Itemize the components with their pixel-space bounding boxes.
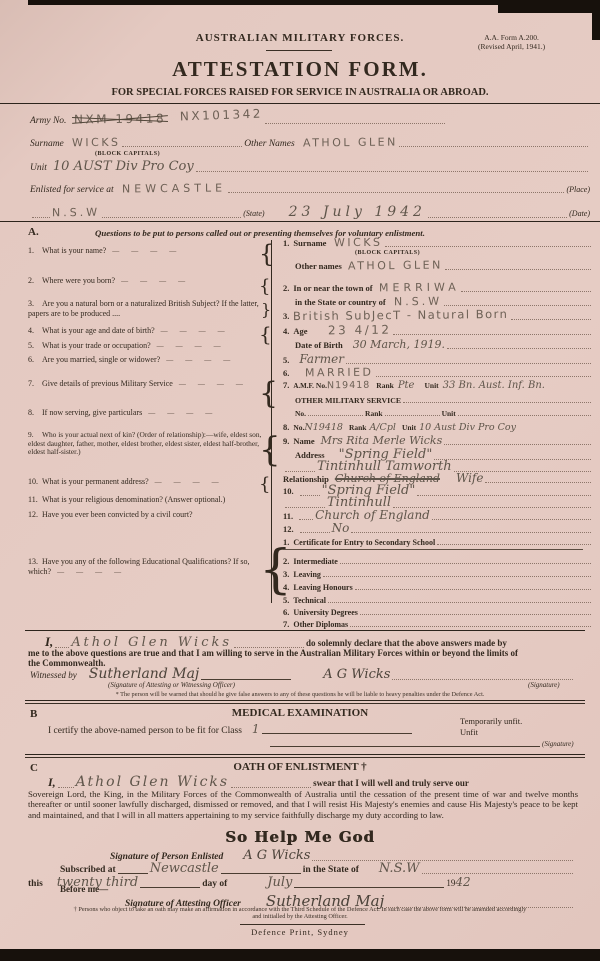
answer-5: 5. Farmer	[283, 352, 593, 366]
brace-q10: {	[259, 474, 270, 495]
form-ref-line2: (Revised April, 1941.)	[478, 42, 545, 51]
answer-8-rank: A/Cpl	[369, 422, 395, 433]
witnessed-label: Witnessed by	[30, 670, 77, 680]
before-me-label: Before me—	[60, 884, 108, 894]
printer-rule	[240, 924, 365, 925]
edu-item-1: 1.Certificate for Entry to Secondary Sch…	[283, 537, 593, 547]
answer-convicted-value: No	[332, 521, 350, 535]
unit-value: 10 AUST Div Pro Coy	[53, 159, 194, 174]
header-rule	[0, 103, 600, 104]
witness-sig-caption: (Signature of Attesting or Witnessing Of…	[108, 681, 235, 689]
printer-imprint: Defence Print, Sydney	[0, 927, 600, 937]
section-b-rule-1	[25, 700, 585, 701]
oath-line1: I, Athol Glen Wicks swear that I will we…	[48, 774, 573, 790]
answer-7-blank: No. Rank Unit	[283, 409, 593, 418]
section-b-rule-2	[25, 703, 585, 704]
edu-item-4: 4.Leaving Honours	[283, 582, 593, 592]
surname-row: Surname WICKS Other Names ATHOL GLEN	[30, 136, 590, 149]
other-names-value: ATHOL GLEN	[303, 136, 398, 150]
answer-kin-name: Mrs Rita Merle Wicks	[321, 434, 443, 447]
date-suffix: (Date)	[569, 209, 590, 218]
day-row: this twenty third day of July 19 42	[28, 875, 578, 890]
surname-label: Surname	[30, 139, 64, 149]
declaration-line2: me to the above questions are true and t…	[28, 648, 578, 658]
scan-edge-top-right	[498, 0, 600, 13]
unit-label: Unit	[30, 163, 47, 173]
month-value: July	[267, 875, 292, 890]
section-c-rule-2	[25, 757, 585, 758]
answer-subject-value: British SubJecT - Natural Born	[293, 307, 509, 323]
place-suffix: (Place)	[566, 185, 590, 194]
answer-1-other: Other names ATHOL GLEN	[283, 259, 593, 272]
answer-8-no: N19418	[304, 422, 343, 433]
question-10: 10.What is your permanent address?	[28, 477, 258, 488]
so-help-me-god: So Help Me God	[0, 828, 600, 846]
subscribed-label: Subscribed at	[60, 865, 116, 875]
brace-q4: {	[259, 322, 272, 346]
edu-item-2: 2.Intermediate	[283, 556, 593, 566]
org-underline	[266, 50, 332, 51]
oath-footnote-2: and initialled by the Attesting Officer.	[0, 913, 600, 920]
brace-q9: {	[259, 430, 281, 470]
unit-row: Unit 10 AUST Div Pro Coy	[30, 159, 590, 174]
unfit-label: Unfit	[460, 727, 478, 737]
question-1: 1.What is your name?	[28, 246, 258, 257]
question-11: 11.What is your religious denomination? …	[28, 495, 266, 505]
witness-signature: Sutherland Maj	[89, 666, 200, 682]
temporarily-unfit-label: Temporarily unfit.	[460, 716, 522, 726]
answer-4-dob: Date of Birth 30 March, 1919.	[283, 338, 593, 351]
oath-body: Sovereign Lord, the King, in the Militar…	[28, 789, 578, 820]
section-a-label: A.	[28, 226, 39, 238]
attestation-form-scan: AUSTRALIAN MILITARY FORCES. A.A. Form A.…	[0, 0, 600, 961]
answer-7-other-service: OTHER MILITARY SERVICE	[283, 396, 593, 405]
surname-value: WICKS	[72, 136, 121, 150]
class-value: 1	[252, 722, 260, 736]
declaration-footnote: * The person will be warned that should …	[0, 691, 600, 698]
block-capitals-note: (BLOCK CAPITALS)	[95, 151, 160, 157]
answer-block-capitals: (BLOCK CAPITALS)	[355, 250, 420, 256]
place-value: NEWCASTLE	[122, 181, 226, 195]
answer-2-state: in the State or country of N.S.W	[283, 295, 593, 308]
certify-text: I certify the above-named person to be f…	[48, 726, 242, 736]
question-3: 3.Are you a natural born or a naturalize…	[28, 299, 266, 318]
question-2: 2.Where were you born?	[28, 276, 258, 287]
answer-occupation-value: Farmer	[299, 352, 344, 366]
question-9: 9.Who is your actual next of kin? (Order…	[28, 431, 266, 457]
answer-religion-value: Church of England	[315, 508, 430, 522]
answer-amf-rank: Pte	[398, 380, 415, 391]
army-no-value: NX101342	[180, 107, 263, 124]
edu-item-3: 3.Leaving	[283, 569, 593, 579]
answer-age-value: 23 4/12	[327, 323, 391, 338]
answer-2-town: 2. In or near the town of MERRIWA	[283, 281, 593, 294]
answer-marital-value: MARRIED	[305, 366, 374, 380]
day-of-label: day of	[202, 879, 227, 889]
scan-edge-bottom	[0, 949, 600, 961]
oath-name: Athol Glen Wicks	[76, 774, 229, 790]
answer-11: 11. Church of England	[283, 508, 593, 522]
subscribed-row: Subscribed at Newcastle in the State of …	[60, 861, 575, 876]
edu-item-6: 6.University Degrees	[283, 607, 593, 617]
oath-footnote-1: † Persons who object to take an oath may…	[0, 906, 600, 913]
answer-state-value: N.S.W	[394, 295, 442, 309]
answer-4-age: 4. Age 23 4/12	[283, 323, 593, 337]
date-value: 23 July 1942	[289, 204, 426, 220]
this-label: this	[28, 879, 43, 889]
section-a-top-rule	[0, 221, 600, 222]
brace-q1: {	[259, 240, 274, 268]
medical-sig-caption: (Signature)	[542, 740, 574, 748]
answer-12: 12. No	[283, 521, 593, 535]
other-names-label: Other Names	[244, 139, 294, 149]
state-date-row: N.S.W (State) 23 July 1942 (Date)	[30, 204, 590, 220]
answer-8: 8. No. N19418 Rank A/Cpl Unit 10 Aust Di…	[283, 422, 593, 433]
state-of-label: in the State of	[303, 865, 359, 875]
form-ref-line1: A.A. Form A.200.	[484, 33, 539, 42]
question-7: 7.Give details of previous Military Serv…	[28, 379, 258, 390]
edu-item-7: 7.Other Diplomas	[283, 619, 593, 629]
state-value: N.S.W	[52, 206, 100, 220]
answer-6: 6. MARRIED	[283, 366, 593, 379]
medical-certify-row: I certify the above-named person to be f…	[48, 722, 448, 736]
edu-item-5: 5.Technical	[283, 595, 593, 605]
form-reference: A.A. Form A.200. (Revised April, 1941.)	[478, 33, 545, 51]
answer-7-amf: 7. A.M.F. No. N19418 Rank Pte Unit 33 Bn…	[283, 380, 593, 391]
declaration-rule	[25, 630, 585, 631]
brace-q7: {	[259, 376, 278, 411]
army-no-row: Army No. NXM 19418 NX101342	[30, 112, 590, 126]
section-c-rule-1	[25, 754, 585, 755]
answer-other-names-value: ATHOL GLEN	[348, 259, 443, 273]
page-subtitle: FOR SPECIAL FORCES RAISED FOR SERVICE IN…	[0, 87, 600, 98]
oath-swear-lead: swear that I will well and truly serve o…	[313, 778, 469, 788]
witnessed-row: Witnessed by Sutherland Maj A G Wicks	[30, 666, 575, 682]
year-value: 42	[455, 875, 470, 889]
answer-dob-value: 30 March, 1919.	[353, 338, 445, 351]
answer-3: 3. British SubJecT - Natural Born	[283, 308, 593, 322]
state-suffix: (State)	[243, 209, 264, 218]
enlisted-row: Enlisted for service at NEWCASTLE (Place…	[30, 182, 590, 195]
army-no-label: Army No.	[30, 116, 66, 126]
question-13: 13.Have you any of the following Educati…	[28, 557, 263, 577]
brace-q2: {	[259, 276, 270, 297]
answer-amf-no: N19418	[327, 380, 370, 391]
person-signature: A G Wicks	[323, 667, 390, 682]
question-8: 8.If now serving, give particulars	[28, 408, 258, 419]
answer-9-name: 9. Name Mrs Rita Merle Wicks	[283, 434, 593, 447]
declaration-after: do solemnly declare that the above answe…	[306, 638, 507, 648]
medical-signature-line	[270, 746, 540, 747]
subscribed-value: Newcastle	[150, 861, 219, 876]
question-5: 5.What is your trade or occupation?	[28, 341, 258, 352]
question-4: 4.What is your age and date of birth?	[28, 326, 258, 337]
answer-town-value: MERRIWA	[379, 281, 460, 295]
question-6: 6.Are you married, single or widower?	[28, 355, 258, 366]
answer-8-unit: 10 Aust Div Pro Coy	[419, 422, 516, 433]
state-of-value: N.S.W	[379, 861, 420, 876]
army-no-crossed-value: NXM 19418	[74, 112, 166, 127]
oath-i: I,	[48, 775, 56, 790]
answer-surname-value: WICKS	[334, 236, 383, 250]
question-12: 12.Have you ever been convicted by a civ…	[28, 510, 266, 520]
person-sig-caption: (Signature)	[528, 681, 560, 689]
brace-q3: }	[261, 300, 271, 319]
enlisted-label: Enlisted for service at	[30, 185, 114, 195]
section-c-heading: OATH OF ENLISTMENT †	[0, 761, 600, 773]
answer-1-surname: 1. Surname WICKS	[283, 236, 593, 249]
answer-amf-unit: 33 Bn. Aust. Inf. Bn.	[443, 380, 545, 391]
edu-separator	[283, 549, 583, 550]
page-title: ATTESTATION FORM.	[0, 57, 600, 82]
